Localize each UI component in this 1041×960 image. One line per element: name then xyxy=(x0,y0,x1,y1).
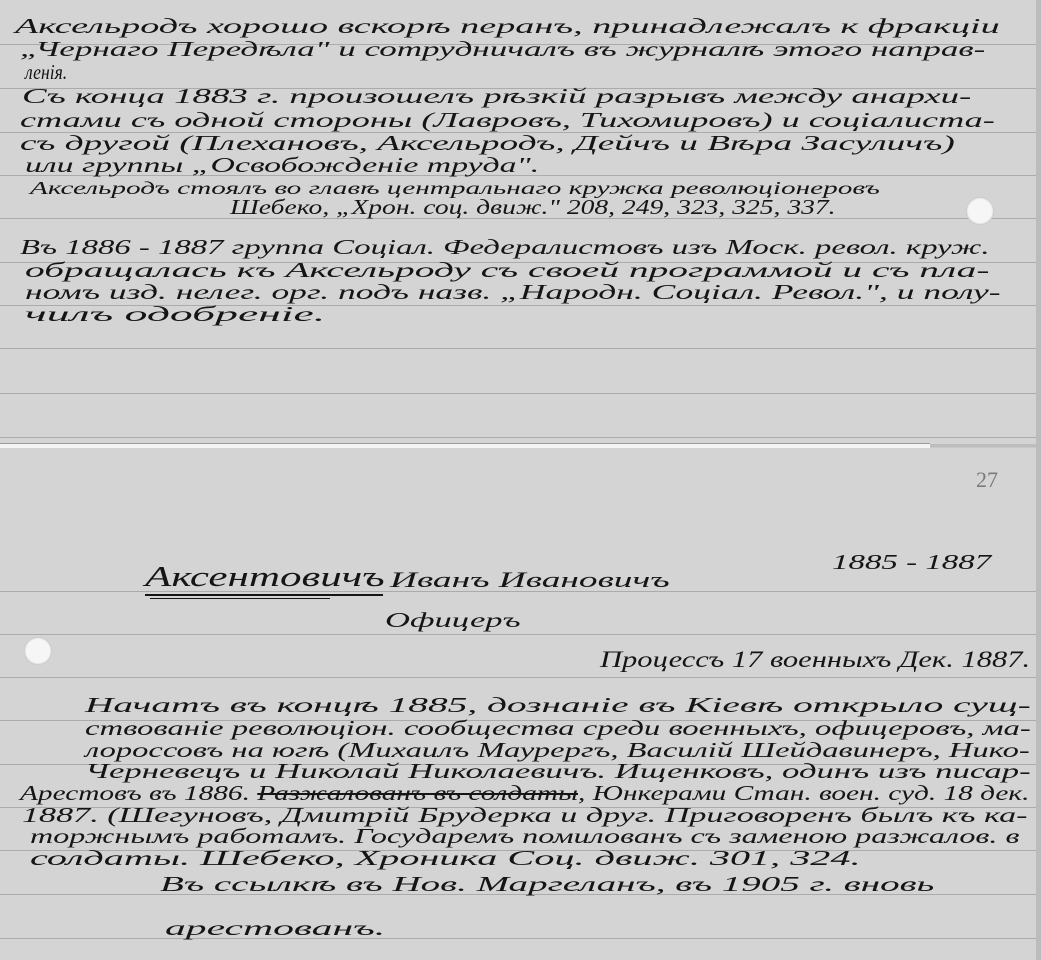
surname-underline xyxy=(150,598,330,599)
struck-out-text: Разжалованъ въ солдаты xyxy=(257,781,578,805)
line-text: , Юнкерами Стан. воен. суд. 18 дек. xyxy=(578,781,1029,805)
ruled-line xyxy=(0,437,1036,438)
occupation: Офицеръ xyxy=(385,608,521,632)
ruled-line xyxy=(0,677,1036,678)
punch-hole xyxy=(24,637,52,665)
ruled-line xyxy=(0,348,1036,349)
index-card-aksentovich: 27 Аксентовичъ Иванъ Ивановичъ 1885 - 18… xyxy=(0,448,1036,960)
handwritten-line: обращалась къ Аксельроду съ своей програ… xyxy=(25,258,990,282)
handwritten-line: Аксельродъ хорошо вскорѣ перанъ, принадл… xyxy=(15,14,1000,38)
punch-hole xyxy=(966,197,994,225)
surname: Аксентовичъ xyxy=(145,562,385,594)
scan-right-margin xyxy=(1036,0,1041,960)
trial-title: Процессъ 17 военныхъ Дек. 1887. xyxy=(600,648,1030,672)
card-edge-shadow xyxy=(930,444,1036,447)
handwritten-line: Съ конца 1883 г. произошелъ рѣзкій разры… xyxy=(22,84,971,108)
handwritten-line: съ другой (Плехановъ, Аксельродъ, Дейчъ … xyxy=(20,131,955,155)
years-active: 1885 - 1887 xyxy=(832,550,991,574)
handwritten-line: Черневецъ и Николай Николаевичъ. Ищенков… xyxy=(85,759,1031,783)
given-names: Иванъ Ивановичъ xyxy=(390,568,670,592)
index-card-axelrod: Аксельродъ хорошо вскорѣ перанъ, принадл… xyxy=(0,0,1036,444)
handwritten-line: Въ ссылкѣ въ Нов. Маргеланъ, въ 1905 г. … xyxy=(160,872,934,896)
handwritten-line: или группы „Освобожденіе труда". xyxy=(25,153,539,177)
handwritten-line: арестованъ. xyxy=(165,916,385,940)
handwritten-line: чилъ одобреніе. xyxy=(25,302,325,326)
ruled-line xyxy=(0,938,1036,939)
handwritten-line: номъ изд. нелег. орг. подъ назв. „Народн… xyxy=(25,280,1001,304)
ruled-line xyxy=(0,634,1036,635)
surname-underline xyxy=(145,594,383,596)
handwritten-line: Начатъ въ концѣ 1885, дознаніе въ Кіевѣ … xyxy=(85,693,1031,717)
bibliographic-reference: солдаты. Шебеко, Хроника Соц. движ. 301,… xyxy=(30,846,861,870)
handwritten-line: торжнымъ работамъ. Государемъ помилованъ… xyxy=(30,824,1019,848)
bibliographic-reference: Шебеко, „Хрон. соц. движ." 208, 249, 323… xyxy=(230,195,836,219)
handwritten-line: ленія. xyxy=(25,60,67,84)
ruled-line xyxy=(0,393,1036,394)
handwritten-line: стами съ одной стороны (Лавровъ, Тихомир… xyxy=(20,108,995,132)
handwritten-line: „Чернаго Передѣла" и сотрудничалъ въ жур… xyxy=(20,37,985,61)
card-number: 27 xyxy=(976,468,998,492)
handwritten-line: ствованіе революціон. сообщества среди в… xyxy=(85,716,1031,740)
line-text: Арестовъ въ 1886. xyxy=(20,781,250,805)
handwritten-line-with-strikeout: Арестовъ въ 1886. Разжалованъ въ солдаты… xyxy=(20,781,1029,805)
handwritten-line: Въ 1886 - 1887 группа Соціал. Федералист… xyxy=(20,235,990,259)
